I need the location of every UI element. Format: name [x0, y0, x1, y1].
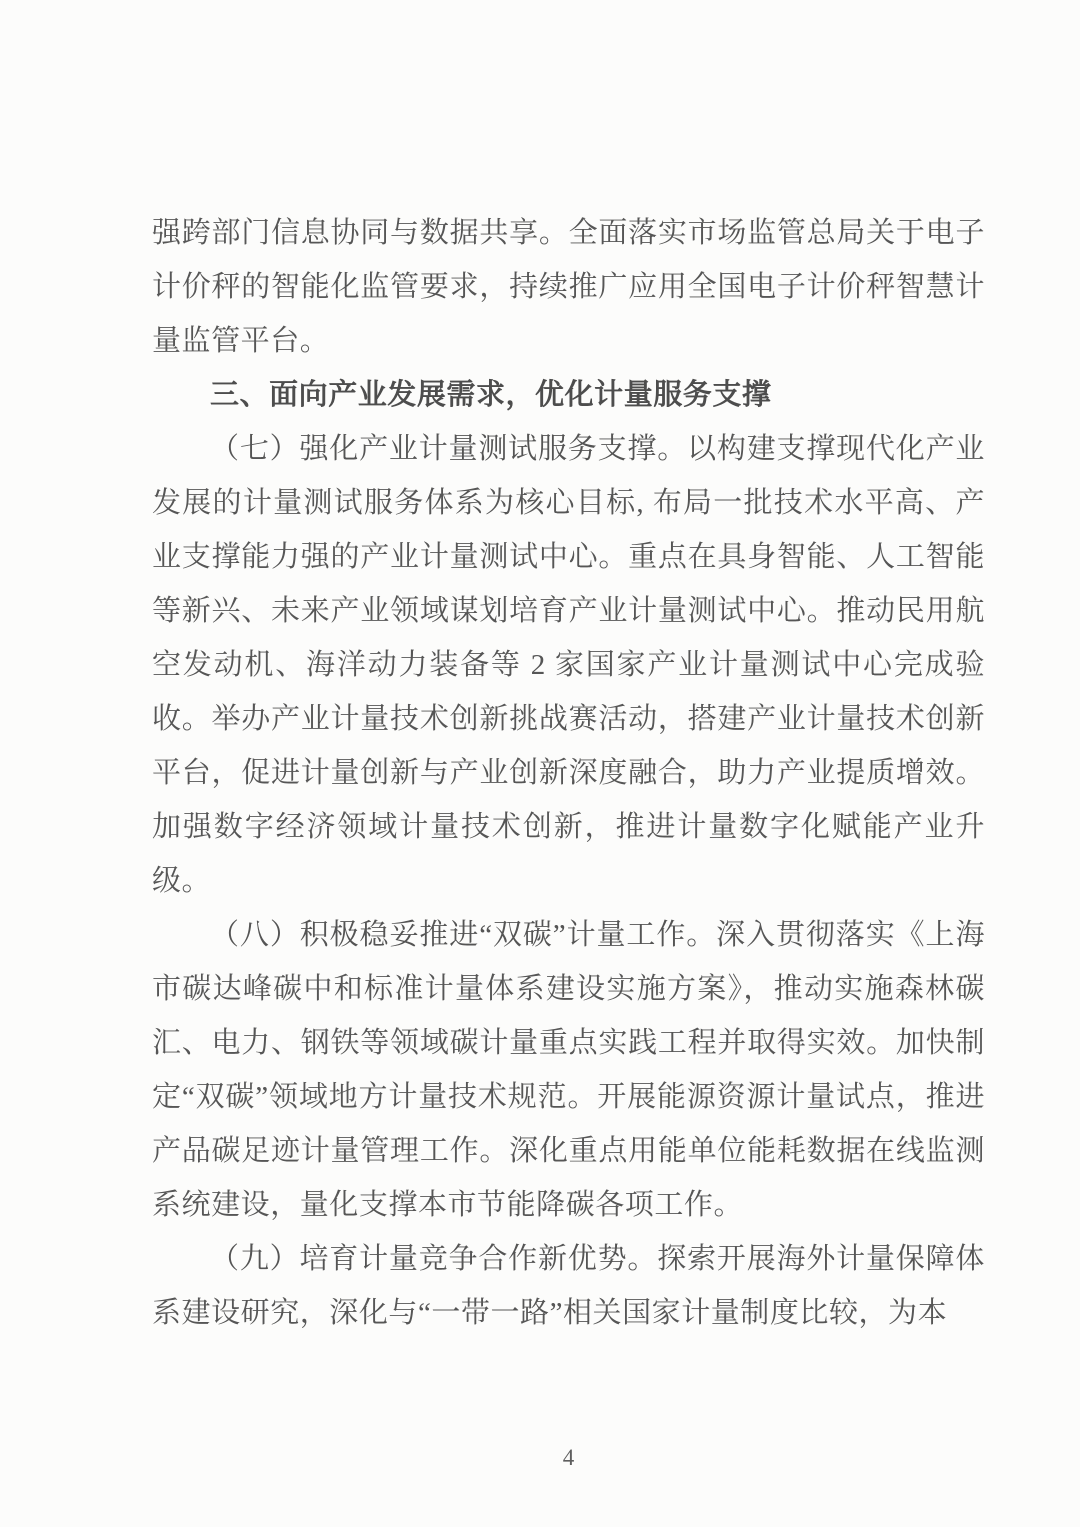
paragraph-text: 深入贯彻落实《上海市碳达峰碳中和标准计量体系建设实施方案》，推动实施森林碳汇、电…	[152, 919, 985, 1221]
page-number: 4	[563, 1445, 575, 1470]
paragraph: （八）积极稳妥推进“双碳”计量工作。深入贯彻落实《上海市碳达峰碳中和标准计量体系…	[152, 908, 985, 1232]
paragraph-text: 以构建支撑现代化产业发展的计量测试服务体系为核心目标, 布局一批技术水平高、产业…	[152, 433, 985, 897]
paragraph: （九）培育计量竞争合作新优势。探索开展海外计量保障体系建设研究，深化与“一带一路…	[152, 1232, 985, 1340]
document-body: 强跨部门信息协同与数据共享。全面落实市场监管总局关于电子计价秤的智能化监管要求，…	[152, 206, 985, 1340]
paragraph: 强跨部门信息协同与数据共享。全面落实市场监管总局关于电子计价秤的智能化监管要求，…	[152, 206, 985, 368]
section-heading: 三、面向产业发展需求，优化计量服务支撑	[152, 368, 985, 422]
paragraph: （七）强化产业计量测试服务支撑。以构建支撑现代化产业发展的计量测试服务体系为核心…	[152, 422, 985, 908]
document-page: 强跨部门信息协同与数据共享。全面落实市场监管总局关于电子计价秤的智能化监管要求，…	[0, 0, 1080, 1527]
paragraph-lead: （七）强化产业计量测试服务支撑。	[210, 433, 687, 465]
page-footer: 4	[152, 1442, 985, 1474]
paragraph-lead: （八）积极稳妥推进“双碳”计量工作。	[210, 919, 716, 951]
paragraph-lead: （九）培育计量竞争合作新优势。	[210, 1243, 657, 1275]
